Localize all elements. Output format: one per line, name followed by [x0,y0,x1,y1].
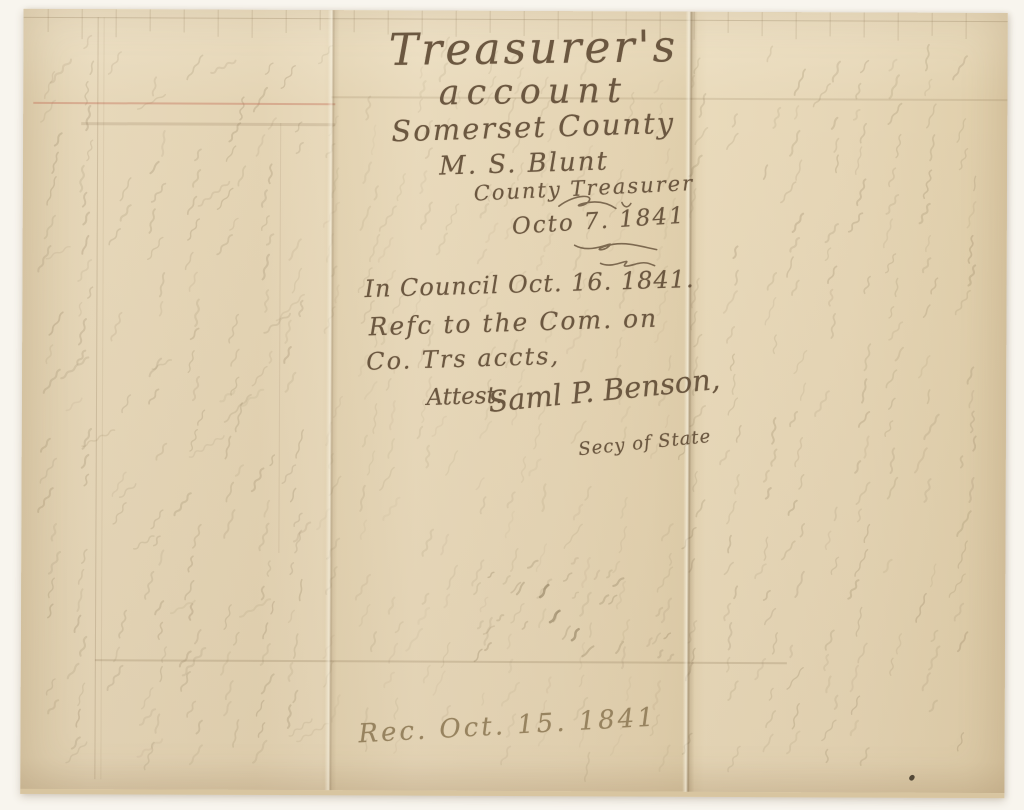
received-note: Rec. Oct. 15. 1841 [347,702,668,750]
document-paper: Treasurer's account Somerset County M. S… [20,9,1007,798]
council-note-line2: Refc to the Com. on [343,303,684,342]
flourish-mark-1 [556,192,634,214]
council-note-line1: In Council Oct. 16. 1841. [359,265,700,303]
secretary-signature-title: Secy of State [559,424,730,462]
ink-speck [908,774,915,782]
docket-title-line1: Treasurer's [353,21,714,77]
scan-background: Treasurer's account Somerset County M. S… [0,0,1024,810]
council-note-line3: Co. Trs accts, [313,340,614,377]
fold-crease-left [324,10,339,790]
